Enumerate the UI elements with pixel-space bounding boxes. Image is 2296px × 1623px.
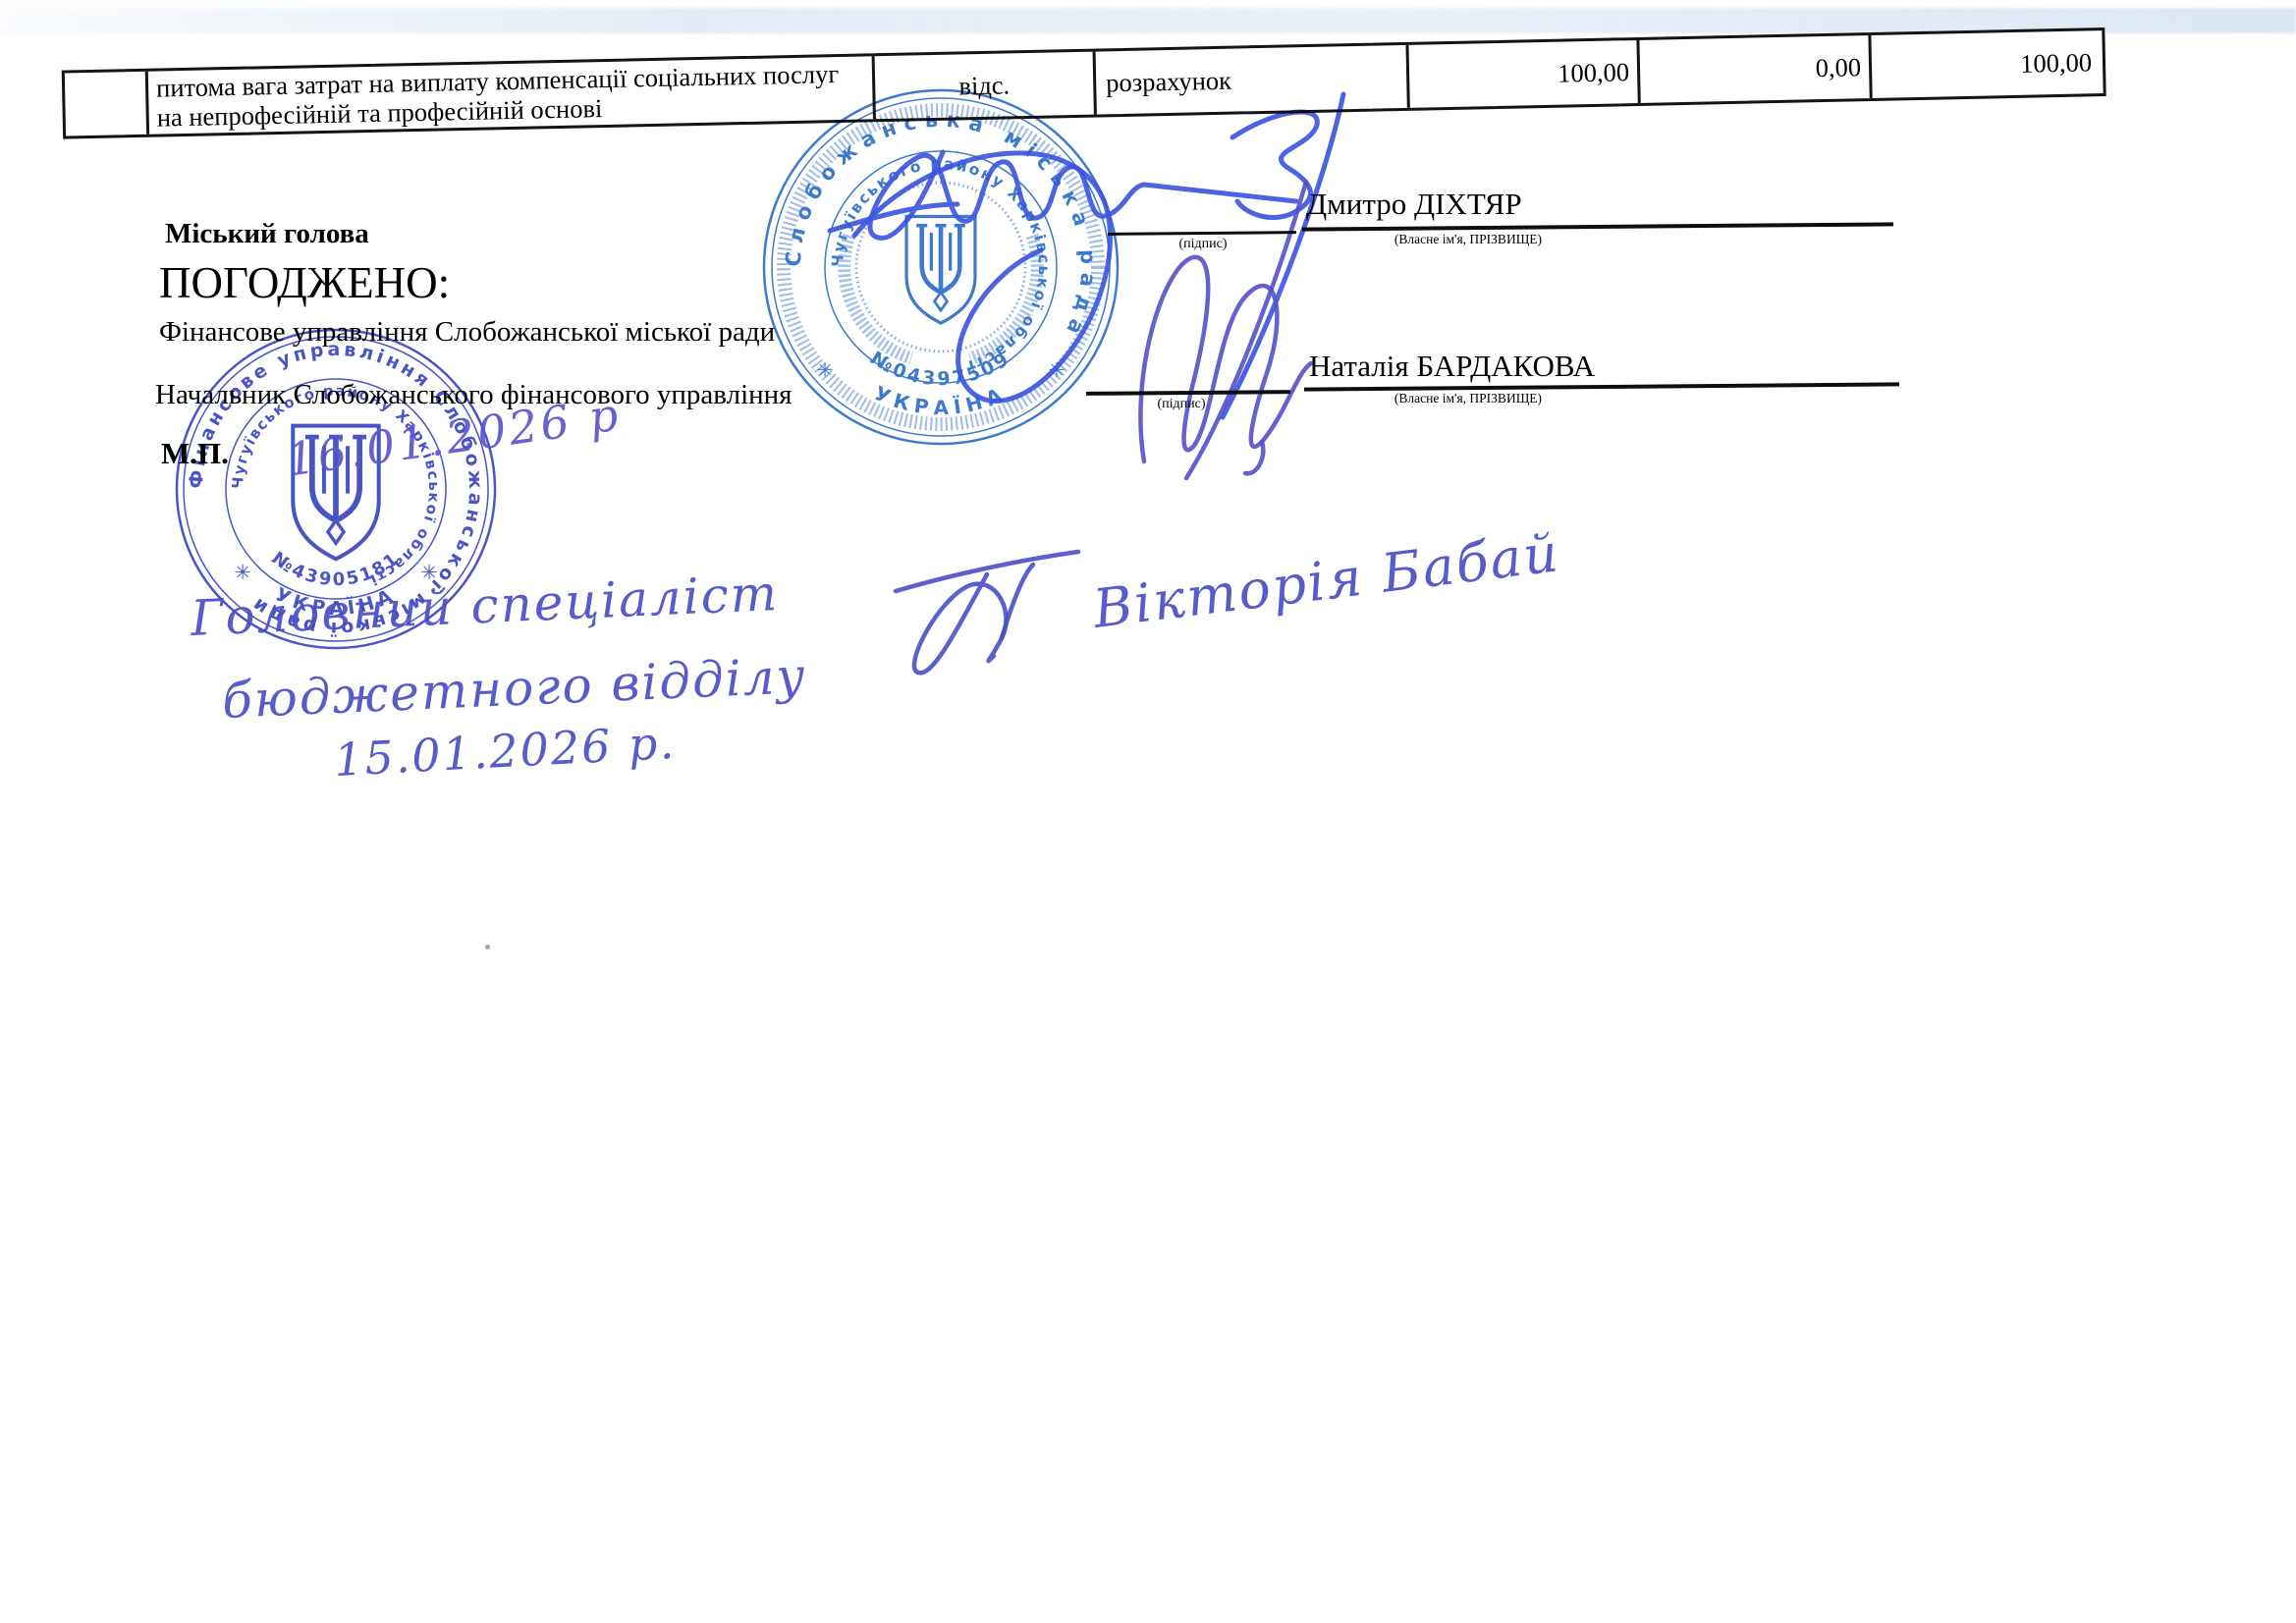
dotted-disc xyxy=(856,183,1025,352)
agreed-label: ПОГОДЖЕНО: xyxy=(159,257,450,308)
finance-head-name: Наталія БАРДАКОВА xyxy=(1309,349,1595,384)
mayor-title: Міський голова xyxy=(165,218,369,250)
table-cell-value-3: 100,00 xyxy=(1871,30,2100,98)
table-cell-value-2: 0,00 xyxy=(1639,35,1872,103)
handwritten-signer-name: Вікторія Бабай xyxy=(1090,521,1563,640)
mayor-signature-line xyxy=(1108,231,1296,236)
handwritten-position-line1: Головний спеціаліст xyxy=(190,565,780,647)
signature-caption: (підпис) xyxy=(1129,237,1277,252)
seal-place-label: М.П. xyxy=(161,436,229,471)
stamp-number: №04397509 xyxy=(867,348,1015,391)
specialist-signature xyxy=(896,552,1078,673)
name-caption: (Власне ім'я, ПРІЗВИЩЕ) xyxy=(1375,232,1561,247)
stamp-inner-text: Чугуївського району Харківської області xyxy=(229,382,443,589)
mayor-name: Дмитро ДІХТЯР xyxy=(1306,187,1522,222)
handwritten-position-line2: бюджетного відділу xyxy=(221,647,808,730)
city-council-stamp: Слобожанська міська рада Чугуївського ра… xyxy=(764,90,1118,444)
name-caption: (Власне ім'я, ПРІЗВИЩЕ) xyxy=(1375,391,1561,406)
star-icon: ✳ xyxy=(816,358,834,382)
svg-text:УКРАЇНА: УКРАЇНА xyxy=(871,381,1011,419)
finance-head-signature xyxy=(1140,182,1311,478)
table-cell-indicator: питома вага затрат на виплату компенсаці… xyxy=(148,56,876,134)
finance-head-signature-line xyxy=(1086,390,1290,396)
indicator-text: питома вага затрат на виплату компенсаці… xyxy=(156,58,865,132)
table-cell-value-1: 100,00 xyxy=(1408,40,1640,108)
signature-caption: (підпис) xyxy=(1108,397,1255,412)
stamp-country: УКРАЇНА xyxy=(871,381,1011,419)
finance-department-line: Фінансове управління Слобожанської міськ… xyxy=(159,316,775,349)
hatch-arc-right xyxy=(970,236,1037,358)
indicators-table-row: питома вага затрат на виплату компенсаці… xyxy=(62,27,2106,139)
mayor-signature xyxy=(830,94,1343,417)
stamp-inner-text: Чугуївського району Харківської області xyxy=(829,155,1053,375)
svg-text:Чугуївського району Харківсько: Чугуївського району Харківської області xyxy=(229,382,443,589)
hatch-arc-left xyxy=(845,236,911,358)
mayor-name-line xyxy=(1302,222,1893,231)
document-page: питома вага затрат на виплату компенсаці… xyxy=(0,0,2296,1623)
star-icon: ✳ xyxy=(1048,358,1066,382)
table-cell-source: розрахунок xyxy=(1096,45,1410,115)
svg-text:Слобожанська міська рада: Слобожанська міська рада xyxy=(782,108,1101,346)
handwritten-date-line: 15.01.2026 р. xyxy=(333,716,677,786)
svg-text:№04397509: №04397509 xyxy=(867,348,1015,391)
svg-text:Чугуївського району Харківсько: Чугуївського району Харківської області xyxy=(829,155,1053,375)
stamp-ring-text: Слобожанська міська рада xyxy=(782,108,1101,346)
star-icon: ✳ xyxy=(234,561,251,584)
guilloche-band xyxy=(784,110,1098,424)
table-cell-unit: відс. xyxy=(875,52,1097,120)
table-cell-number xyxy=(65,72,149,136)
scan-artifact-band xyxy=(0,8,2296,33)
scan-dot-artifact xyxy=(485,945,490,949)
